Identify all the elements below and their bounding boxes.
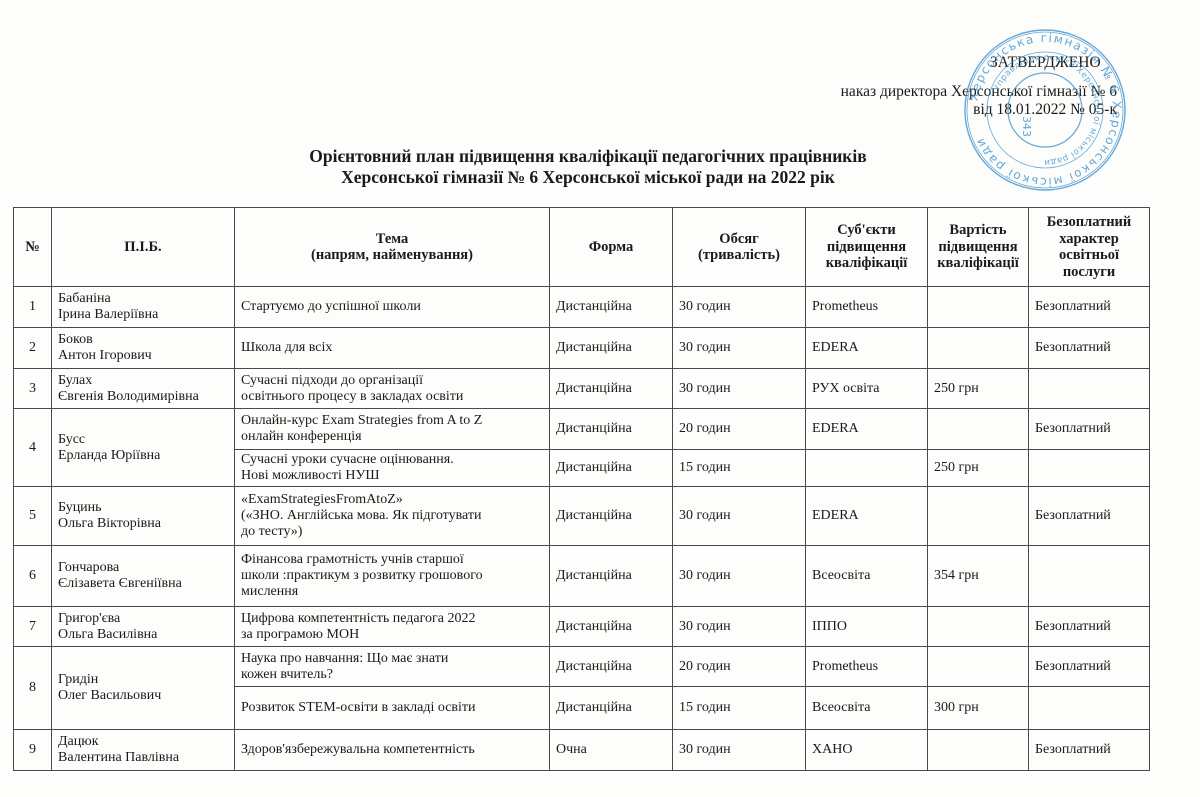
row-number: 8	[14, 647, 52, 730]
course-topic: Цифрова компетентність педагога 2022за п…	[235, 607, 550, 647]
course-provider: EDERA	[806, 409, 928, 450]
course-topic: Школа для всіх	[235, 328, 550, 369]
table-row: 1БабанінаІрина ВалеріївнаСтартуємо до ус…	[14, 287, 1150, 328]
teacher-surname: Буцинь	[58, 500, 228, 516]
course-cost	[928, 607, 1029, 647]
free-service-flag: Безоплатний	[1029, 647, 1150, 687]
teacher-name: ДацюкВалентина Павлівна	[52, 730, 235, 771]
teacher-surname: Бабаніна	[58, 291, 228, 307]
teacher-given-names: Валентина Павлівна	[58, 750, 228, 766]
course-form: Дистанційна	[550, 546, 673, 607]
course-provider: EDERA	[806, 328, 928, 369]
course-form: Дистанційна	[550, 369, 673, 409]
course-duration: 30 годин	[673, 369, 806, 409]
teacher-name: БоковАнтон Ігорович	[52, 328, 235, 369]
free-service-flag	[1029, 687, 1150, 730]
teacher-name: БулахЄвгенія Володимирівна	[52, 369, 235, 409]
course-topic: Розвиток STEM-освіти в закладі освіти	[235, 687, 550, 730]
teacher-surname: Григор'єва	[58, 611, 228, 627]
document-title-line1: Орієнтовний план підвищення кваліфікації…	[0, 146, 1188, 167]
course-cost	[928, 409, 1029, 450]
row-number: 5	[14, 487, 52, 546]
table-row: 4БуссЕрланда ЮріївнаОнлайн-курс Exam Str…	[14, 409, 1150, 450]
header-col-full-name: П.І.Б.	[52, 208, 235, 287]
course-form: Дистанційна	[550, 607, 673, 647]
approval-order: наказ директора Херсонської гімназії № 6	[841, 83, 1117, 101]
course-cost: 354 грн	[928, 546, 1029, 607]
course-provider	[806, 450, 928, 487]
teacher-surname: Гридін	[58, 672, 228, 688]
course-provider: РУХ освіта	[806, 369, 928, 409]
course-cost	[928, 730, 1029, 771]
row-number: 9	[14, 730, 52, 771]
table-row: 3БулахЄвгенія ВолодимирівнаСучасні підхо…	[14, 369, 1150, 409]
header-col-cost: Вартістьпідвищеннякваліфікації	[928, 208, 1029, 287]
course-provider: EDERA	[806, 487, 928, 546]
header-col-number: №	[14, 208, 52, 287]
course-duration: 15 годин	[673, 687, 806, 730]
course-topic: «ExamStrategiesFromAtoZ»(«ЗНО. Англійськ…	[235, 487, 550, 546]
header-col-provider: Суб'єктипідвищеннякваліфікації	[806, 208, 928, 287]
course-topic: Стартуємо до успішної школи	[235, 287, 550, 328]
free-service-flag: Безоплатний	[1029, 730, 1150, 771]
table-row: 5БуциньОльга Вікторівна«ExamStrategiesFr…	[14, 487, 1150, 546]
free-service-flag: Безоплатний	[1029, 409, 1150, 450]
qualification-plan-table: №П.І.Б.Тема(напрям, найменування)ФормаОб…	[13, 207, 1150, 771]
document-title-line2: Херсонської гімназії № 6 Херсонської міс…	[0, 167, 1188, 188]
course-cost	[928, 487, 1029, 546]
row-number: 4	[14, 409, 52, 487]
table-row: 9ДацюкВалентина ПавлівнаЗдоров'язбережув…	[14, 730, 1150, 771]
header-col-free-service: Безоплатнийхарактеросвітньоїпослуги	[1029, 208, 1150, 287]
header-col-duration: Обсяг(тривалість)	[673, 208, 806, 287]
course-form: Дистанційна	[550, 647, 673, 687]
course-cost	[928, 328, 1029, 369]
teacher-given-names: Антон Ігорович	[58, 348, 228, 364]
teacher-name: БуциньОльга Вікторівна	[52, 487, 235, 546]
course-duration: 20 годин	[673, 647, 806, 687]
free-service-flag: Безоплатний	[1029, 328, 1150, 369]
table-body: 1БабанінаІрина ВалеріївнаСтартуємо до ус…	[14, 287, 1150, 771]
free-service-flag	[1029, 369, 1150, 409]
teacher-surname: Бусс	[58, 432, 228, 448]
course-provider: Всеосвіта	[806, 687, 928, 730]
course-provider: ІППО	[806, 607, 928, 647]
course-duration: 30 годин	[673, 546, 806, 607]
course-cost: 250 грн	[928, 369, 1029, 409]
teacher-name: БабанінаІрина Валеріївна	[52, 287, 235, 328]
teacher-name: Григор'єваОльга Василівна	[52, 607, 235, 647]
approved-title: ЗАТВЕРДЖЕНО	[990, 54, 1101, 72]
free-service-flag	[1029, 546, 1150, 607]
course-form: Дистанційна	[550, 328, 673, 369]
course-provider: Prometheus	[806, 647, 928, 687]
course-cost: 250 грн	[928, 450, 1029, 487]
course-duration: 30 годин	[673, 607, 806, 647]
header-col-form: Форма	[550, 208, 673, 287]
svg-text:343: 343	[1020, 116, 1033, 137]
course-duration: 15 годин	[673, 450, 806, 487]
teacher-given-names: Євгенія Володимирівна	[58, 389, 228, 405]
teacher-given-names: Олег Васильович	[58, 688, 228, 704]
course-topic: Онлайн-курс Exam Strategies from A to Zо…	[235, 409, 550, 450]
course-duration: 30 годин	[673, 730, 806, 771]
course-form: Дистанційна	[550, 450, 673, 487]
free-service-flag: Безоплатний	[1029, 287, 1150, 328]
course-duration: 30 годин	[673, 287, 806, 328]
course-cost: 300 грн	[928, 687, 1029, 730]
course-form: Дистанційна	[550, 487, 673, 546]
header-col-topic: Тема(напрям, найменування)	[235, 208, 550, 287]
course-duration: 30 годин	[673, 328, 806, 369]
course-form: Дистанційна	[550, 409, 673, 450]
course-provider: Prometheus	[806, 287, 928, 328]
table-row: 2БоковАнтон ІгоровичШкола для всіхДистан…	[14, 328, 1150, 369]
course-topic: Здоров'язбережувальна компетентність	[235, 730, 550, 771]
teacher-given-names: Єлізавета Євгеніївна	[58, 576, 228, 592]
free-service-flag	[1029, 450, 1150, 487]
course-form: Очна	[550, 730, 673, 771]
course-topic: Наука про навчання: Що має знатикожен вч…	[235, 647, 550, 687]
course-duration: 30 годин	[673, 487, 806, 546]
course-cost	[928, 287, 1029, 328]
teacher-name: ГридінОлег Васильович	[52, 647, 235, 730]
row-number: 6	[14, 546, 52, 607]
teacher-surname: Боков	[58, 332, 228, 348]
course-topic: Сучасні уроки сучасне оцінювання.Нові мо…	[235, 450, 550, 487]
course-duration: 20 годин	[673, 409, 806, 450]
table-row: 7Григор'єваОльга ВасилівнаЦифрова компет…	[14, 607, 1150, 647]
row-number: 2	[14, 328, 52, 369]
teacher-surname: Гончарова	[58, 560, 228, 576]
teacher-surname: Дацюк	[58, 734, 228, 750]
course-form: Дистанційна	[550, 287, 673, 328]
teacher-given-names: Ольга Вікторівна	[58, 516, 228, 532]
teacher-given-names: Ерланда Юріївна	[58, 448, 228, 464]
course-topic: Сучасні підходи до організаціїосвітнього…	[235, 369, 550, 409]
row-number: 7	[14, 607, 52, 647]
teacher-name: БуссЕрланда Юріївна	[52, 409, 235, 487]
course-provider: Всеосвіта	[806, 546, 928, 607]
course-form: Дистанційна	[550, 687, 673, 730]
teacher-given-names: Ірина Валеріївна	[58, 307, 228, 323]
teacher-surname: Булах	[58, 373, 228, 389]
course-provider: ХАНО	[806, 730, 928, 771]
course-cost	[928, 647, 1029, 687]
teacher-name: ГончароваЄлізавета Євгеніївна	[52, 546, 235, 607]
course-topic: Фінансова грамотність учнів старшоїшколи…	[235, 546, 550, 607]
free-service-flag: Безоплатний	[1029, 607, 1150, 647]
table-row: 8ГридінОлег ВасильовичНаука про навчання…	[14, 647, 1150, 687]
row-number: 1	[14, 287, 52, 328]
teacher-given-names: Ольга Василівна	[58, 627, 228, 643]
table-row: 6ГончароваЄлізавета ЄвгеніївнаФінансова …	[14, 546, 1150, 607]
table-header-row: №П.І.Б.Тема(напрям, найменування)ФормаОб…	[14, 208, 1150, 287]
approval-date: від 18.01.2022 № 05-к	[973, 101, 1117, 119]
free-service-flag: Безоплатний	[1029, 487, 1150, 546]
row-number: 3	[14, 369, 52, 409]
